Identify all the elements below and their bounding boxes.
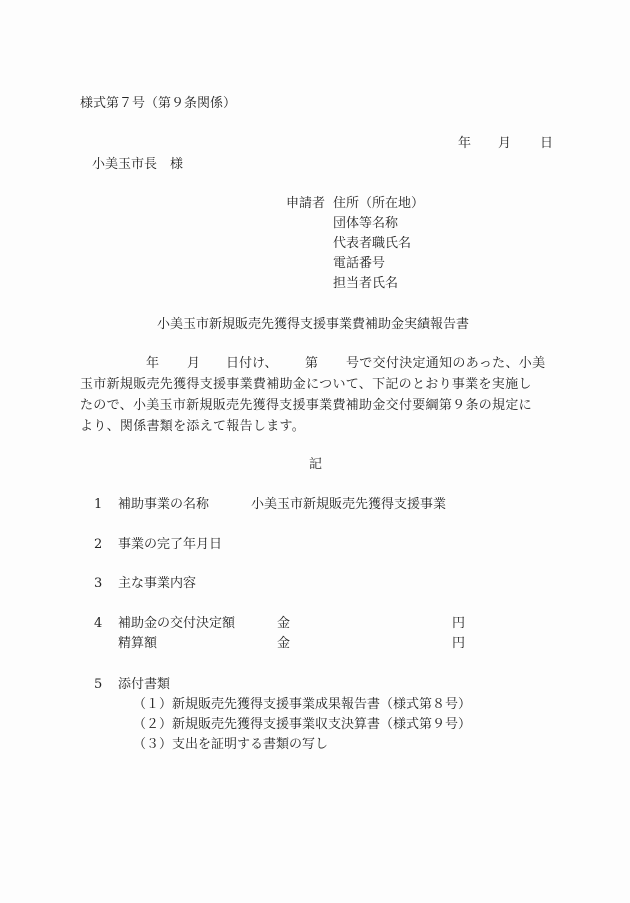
- item-4-yen: 円: [452, 616, 465, 632]
- item-2-number: 2: [94, 537, 102, 553]
- item-1-label: 補助事業の名称: [118, 497, 209, 513]
- item-5-number: 5: [94, 677, 102, 693]
- applicant-field-representative: 代表者職氏名: [333, 236, 411, 252]
- item-4-number: 4: [94, 616, 102, 632]
- item-4-sub-yen: 円: [452, 636, 465, 652]
- date-day: 日: [540, 136, 553, 152]
- body-line1-rest: 号で交付決定通知のあった、小美: [346, 356, 545, 372]
- item-3-label: 主な事業内容: [118, 576, 196, 592]
- body-year: 年: [146, 356, 159, 372]
- ki-heading: 記: [309, 457, 322, 473]
- item-4-kin: 金: [277, 616, 290, 632]
- date-year: 年: [458, 136, 471, 152]
- applicant-field-contact: 担当者氏名: [333, 276, 398, 292]
- body-line3: たので、小美玉市新規販売先獲得支援事業費補助金交付要綱第９条の規定に: [80, 398, 532, 414]
- form-number: 様式第７号（第９条関係）: [80, 96, 236, 112]
- body-line2: 玉市新規販売先獲得支援事業費補助金について、下記のとおり事業を実施し: [80, 377, 532, 393]
- item-4-sub-label: 精算額: [118, 636, 157, 652]
- addressee: 小美玉市長 様: [92, 157, 183, 173]
- attachment-3: （３）支出を証明する書類の写し: [133, 737, 328, 753]
- body-day-suffix: 日付け、: [226, 356, 277, 372]
- item-2-label: 事業の完了年月日: [118, 537, 222, 553]
- applicant-field-phone: 電話番号: [333, 256, 385, 272]
- item-1-number: 1: [94, 497, 102, 513]
- document-title: 小美玉市新規販売先獲得支援事業費補助金実績報告書: [157, 317, 469, 333]
- body-dai: 第: [305, 356, 318, 372]
- date-month: 月: [498, 136, 511, 152]
- attachment-2: （２）新規販売先獲得支援事業収支決算書（様式第９号）: [133, 717, 471, 733]
- applicant-label: 申請者: [286, 196, 325, 212]
- body-line4: より、関係書類を添えて報告します。: [80, 419, 305, 435]
- item-3-number: 3: [94, 576, 102, 592]
- body-month: 月: [187, 356, 200, 372]
- item-5-label: 添付書類: [118, 677, 170, 693]
- applicant-field-address: 住所（所在地）: [333, 196, 424, 212]
- item-4-label: 補助金の交付決定額: [118, 616, 235, 632]
- attachment-1: （１）新規販売先獲得支援事業成果報告書（様式第８号）: [133, 697, 471, 713]
- item-1-value: 小美玉市新規販売先獲得支援事業: [251, 497, 446, 513]
- applicant-field-org-name: 団体等名称: [333, 216, 398, 232]
- item-4-sub-kin: 金: [277, 636, 290, 652]
